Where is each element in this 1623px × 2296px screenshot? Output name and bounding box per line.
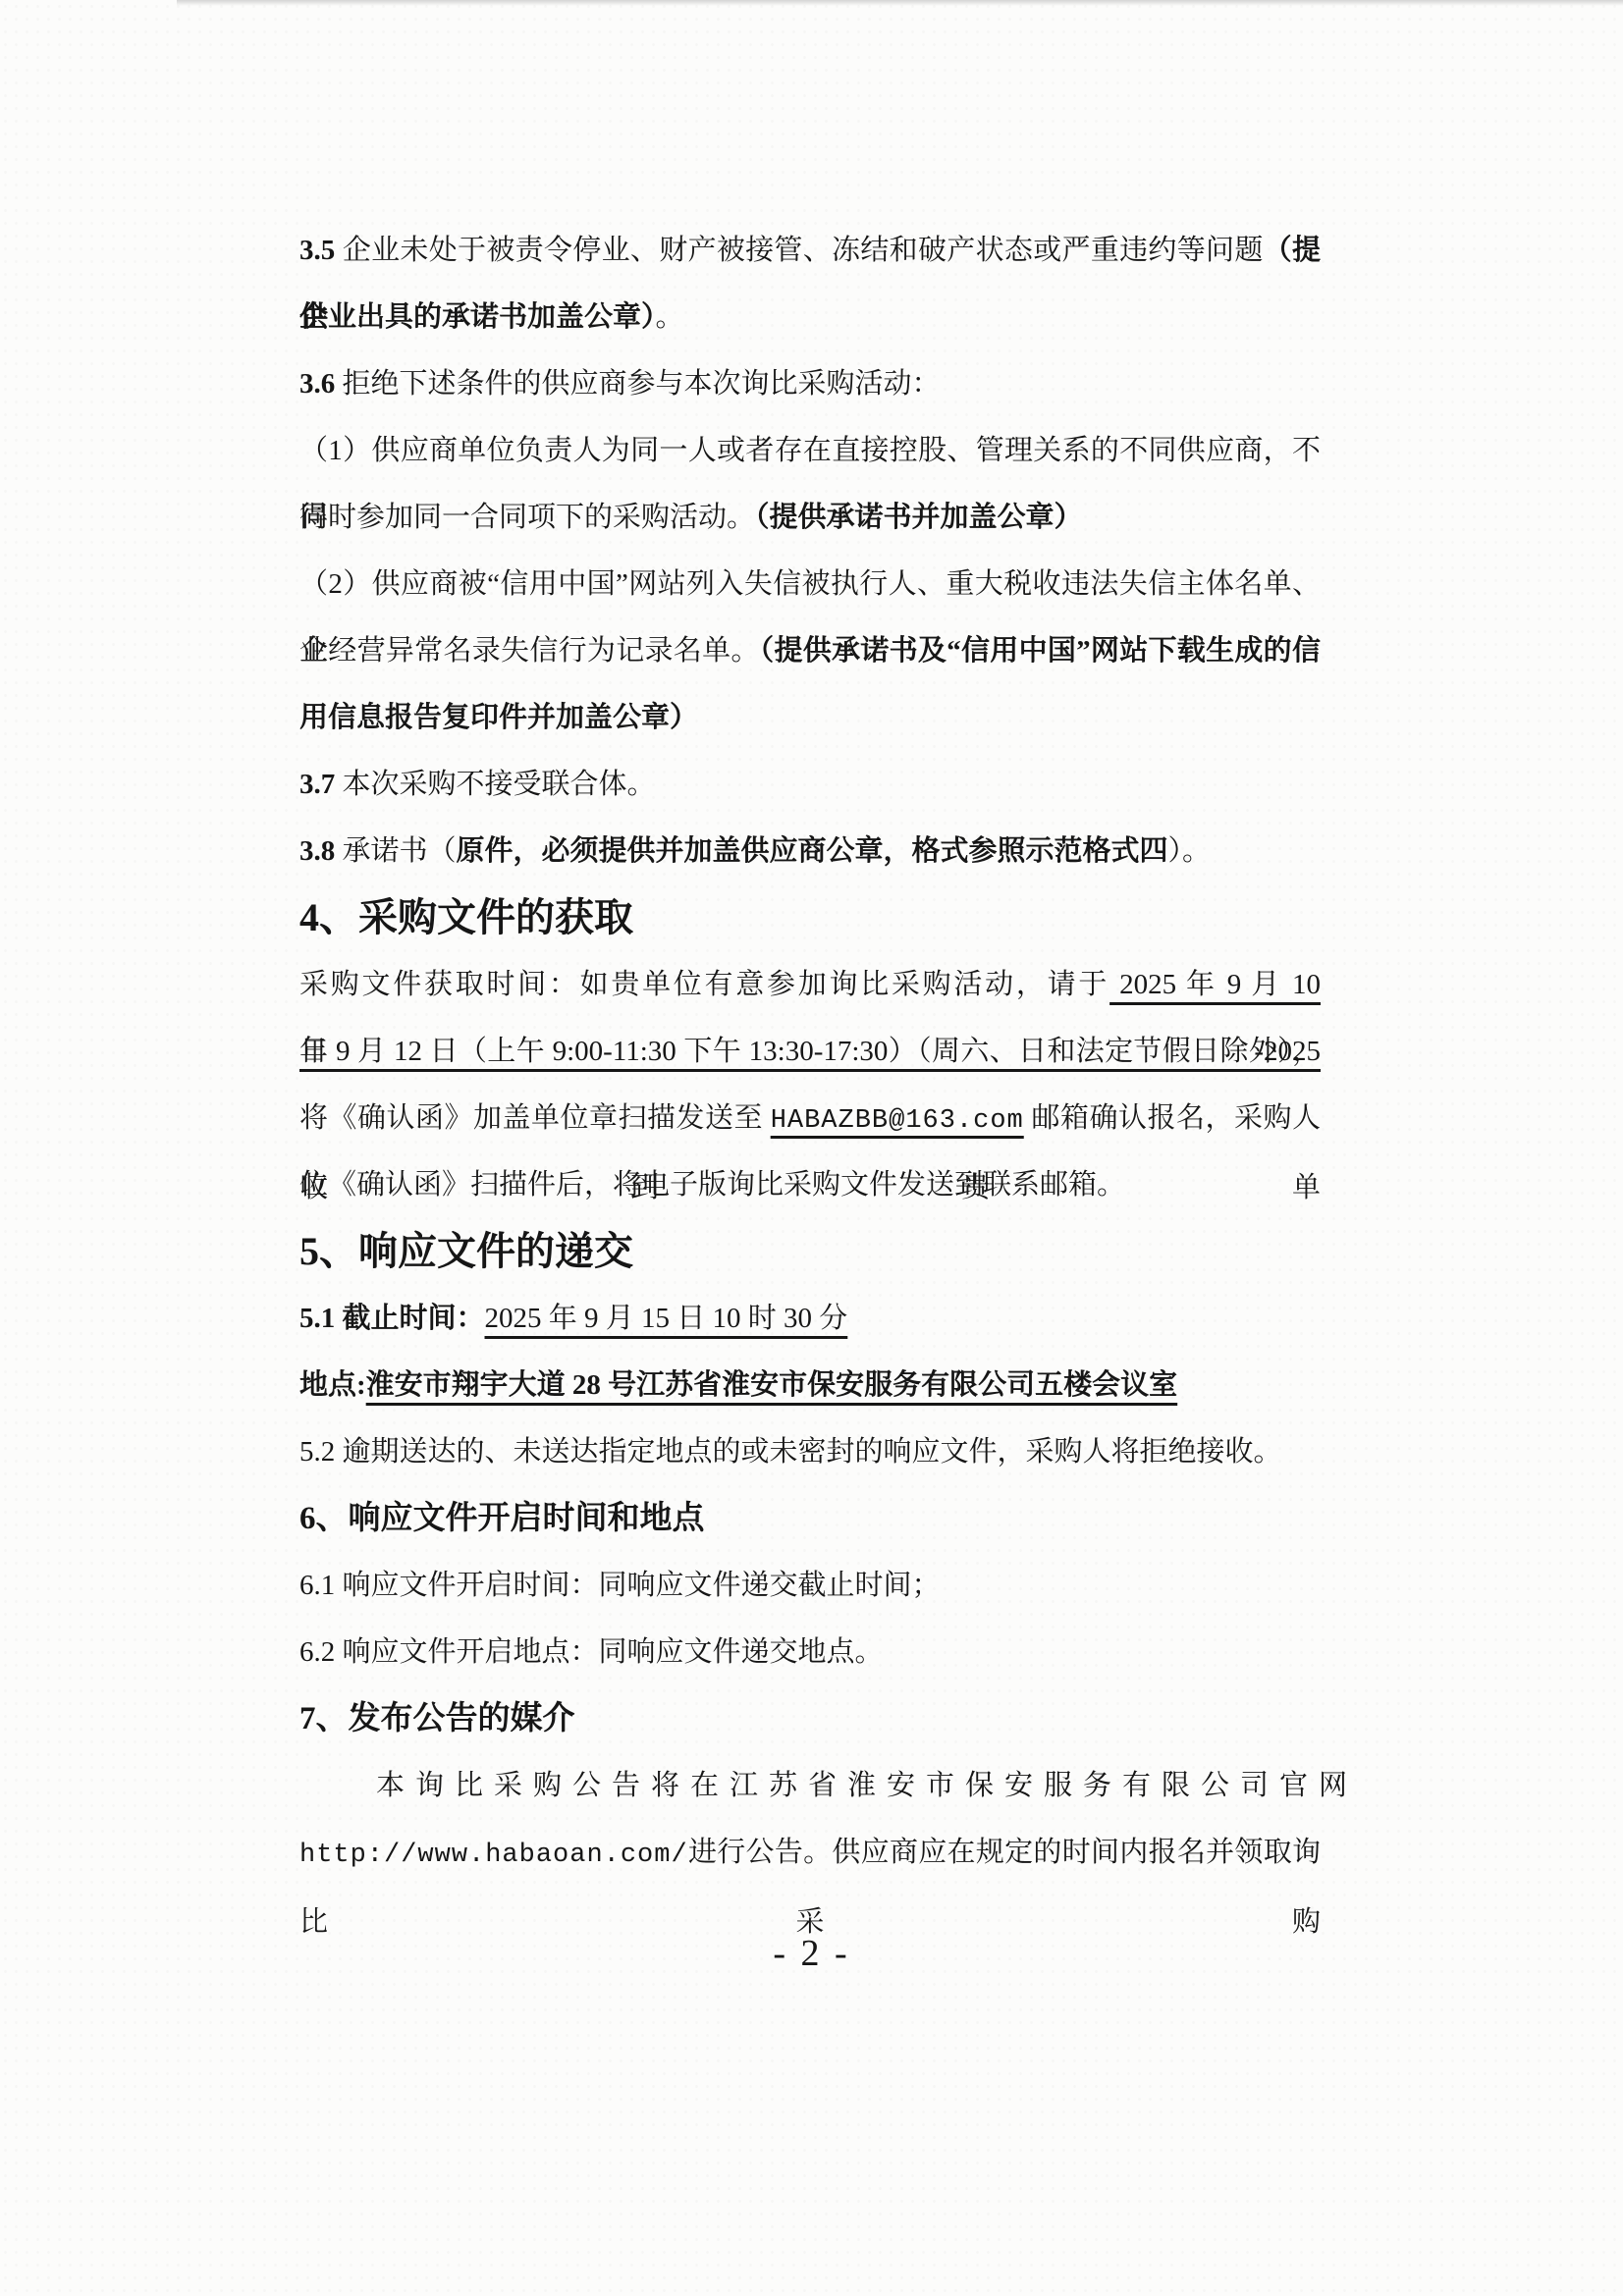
heading-text: 6、响应文件开启时间和地点 [299, 1501, 705, 1536]
bold-run: 原件，必须提供并加盖供应商公章，格式参照示范格式四 [457, 835, 1168, 867]
para-5-location: 地点:淮安市翔宇大道 28 号江苏省淮安市保安服务有限公司五楼会议室 [299, 1352, 1321, 1418]
para-3-7: 3.7 本次采购不接受联合体。 [299, 751, 1321, 818]
para-3-8: 3.8 承诺书（原件，必须提供并加盖供应商公章，格式参照示范格式四）。 [299, 818, 1321, 884]
para-6-2: 6.2 响应文件开启地点：同响应文件递交地点。 [299, 1619, 1321, 1685]
bold-run: 企业出具的承诺书加盖公章） [299, 301, 656, 333]
text-run: 6.2 响应文件开启地点：同响应文件递交地点。 [299, 1636, 884, 1668]
text-run: 业经营异常名录失信行为记录名单。 [299, 635, 760, 667]
para-3-5-line-1: 3.5 企业未处于被责令停业、财产被接管、冻结和破产状态或严重违约等问题（提供 [299, 217, 1321, 284]
document-body: 3.5 企业未处于被责令停业、财产被接管、冻结和破产状态或严重违约等问题（提供 … [299, 217, 1321, 1886]
field-label: 地点: [299, 1369, 366, 1401]
underlined-deadline: 2025 年 9 月 15 日 10 时 30 分 [485, 1303, 848, 1334]
section-number: 3.6 [299, 368, 343, 400]
para-3-5-line-2: 企业出具的承诺书加盖公章）。 [299, 284, 1321, 350]
bold-run: 用信息报告复印件并加盖公章） [299, 702, 698, 733]
text-run: 6.1 响应文件开启时间：同响应文件递交截止时间； [299, 1570, 941, 1601]
para-7-line-1: 本询比采购公告将在江苏省淮安市保安服务有限公司官网 [299, 1752, 1321, 1819]
para-3-6-item-1-line-2: 同时参加同一合同项下的采购活动。（提供承诺书并加盖公章） [299, 484, 1321, 551]
text-run: 将《确认函》加盖单位章扫描发送至 [299, 1102, 771, 1134]
page-number: - 2 - [0, 1932, 1623, 1975]
para-4-line-2: 年 9 月 12 日（上午 9:00-11:30 下午 13:30-17:30）… [299, 1018, 1321, 1085]
para-6-1: 6.1 响应文件开启时间：同响应文件递交截止时间； [299, 1552, 1321, 1619]
underlined-date-range: 年 9 月 12 日（上午 9:00-11:30 下午 13:30-17:30）… [299, 1036, 1321, 1067]
para-3-6-item-2-line-2: 业经营异常名录失信行为记录名单。（提供承诺书及“信用中国”网站下载生成的信 [299, 617, 1321, 684]
para-3-6-item-2-line-1: （2）供应商被“信用中国”网站列入失信被执行人、重大税收违法失信主体名单、企 [299, 551, 1321, 617]
text-run: 位《确认函》扫描件后，将电子版询比采购文件发送到联系邮箱。 [299, 1169, 1125, 1201]
section-number: 3.7 [299, 769, 343, 800]
heading-section-7: 7、发布公告的媒介 [299, 1685, 1321, 1752]
para-5-1: 5.1 截止时间：2025 年 9 月 15 日 10 时 30 分 [299, 1285, 1321, 1352]
para-3-6: 3.6 拒绝下述条件的供应商参与本次询比采购活动： [299, 350, 1321, 417]
text-run: 同时参加同一合同项下的采购活动。 [299, 502, 755, 533]
heading-section-4: 4、采购文件的获取 [299, 884, 1321, 951]
text-run: 拒绝下述条件的供应商参与本次询比采购活动： [343, 368, 941, 400]
heading-text: 5、响应文件的递交 [299, 1229, 633, 1273]
heading-text: 4、采购文件的获取 [299, 895, 633, 939]
scanned-document-page: 3.5 企业未处于被责令停业、财产被接管、冻结和破产状态或严重违约等问题（提供 … [0, 0, 1623, 2296]
para-4-line-1: 采购文件获取时间：如贵单位有意参加询比采购活动，请于 2025 年 9 月 10… [299, 951, 1321, 1018]
bold-run: （提供承诺书及“信用中国”网站下载生成的信 [760, 635, 1321, 667]
bold-run: （提供承诺书并加盖公章） [755, 502, 1083, 533]
website-url: http://www.habaoan.com/ [299, 1841, 688, 1870]
para-3-6-item-1-line-1: （1）供应商单位负责人为同一人或者存在直接控股、管理关系的不同供应商，不得 [299, 417, 1321, 484]
heading-section-6: 6、响应文件开启时间和地点 [299, 1485, 1321, 1552]
text-run: 5.2 逾期送达的、未送达指定地点的或未密封的响应文件，采购人将拒绝接收。 [299, 1436, 1282, 1468]
field-label: 5.1 截止时间： [299, 1303, 485, 1334]
para-4-line-3: 将《确认函》加盖单位章扫描发送至 HABAZBB@163.com 邮箱确认报名，… [299, 1085, 1321, 1151]
section-number: 3.8 [299, 835, 343, 867]
text-run: 企业未处于被责令停业、财产被接管、冻结和破产状态或严重违约等问题 [343, 235, 1264, 266]
text-run: 承诺书（ [343, 835, 457, 867]
text-run: 本次采购不接受联合体。 [343, 769, 656, 800]
text-run: 本询比采购公告将在江苏省淮安市保安服务有限公司官网 [376, 1770, 1358, 1801]
text-run: 。 [656, 301, 684, 333]
heading-text: 7、发布公告的媒介 [299, 1701, 575, 1736]
para-7-line-2: http://www.habaoan.com/进行公告。供应商应在规定的时间内报… [299, 1819, 1321, 1886]
heading-section-5: 5、响应文件的递交 [299, 1218, 1321, 1285]
para-3-6-item-2-line-3: 用信息报告复印件并加盖公章） [299, 684, 1321, 751]
email-address: HABAZBB@163.com [771, 1106, 1024, 1136]
underlined-address: 淮安市翔宇大道 28 号江苏省淮安市保安服务有限公司五楼会议室 [366, 1369, 1178, 1401]
text-run: ）。 [1168, 835, 1212, 867]
para-5-2: 5.2 逾期送达的、未送达指定地点的或未密封的响应文件，采购人将拒绝接收。 [299, 1418, 1321, 1485]
text-run: 采购文件获取时间：如贵单位有意参加询比采购活动，请于 [299, 969, 1109, 1000]
section-number: 3.5 [299, 235, 343, 266]
